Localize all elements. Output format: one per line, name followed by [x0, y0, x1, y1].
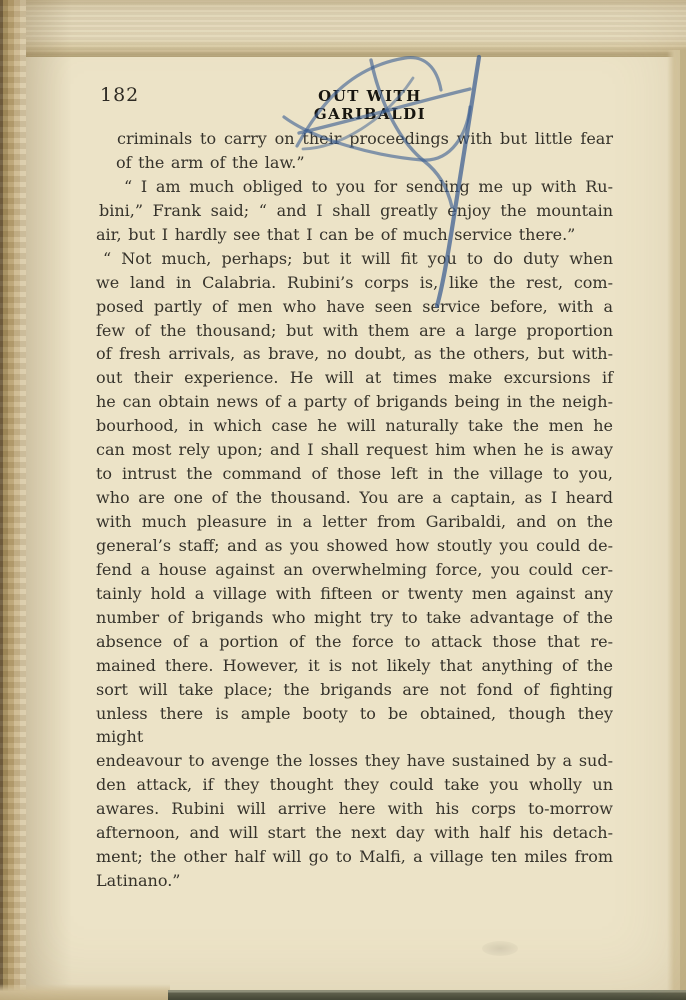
text-line-6: “ Not much, perhaps; but it will fit you…: [96, 247, 613, 271]
text-line-3: “ I am much obliged to you for sending m…: [117, 175, 613, 199]
text-line-23: mained there. However, it is not likely …: [96, 654, 613, 678]
running-head-title: OUT WITH GARIBALDI: [278, 87, 462, 123]
page-number: 182: [100, 84, 139, 106]
text-line-1: criminals to carry on their proceedings …: [117, 127, 613, 151]
text-line-30: ment; the other half will go to Malfi, a…: [96, 845, 613, 869]
text-line-17: with much pleasure in a letter from Gari…: [96, 510, 613, 534]
text-line-28: awares. Rubini will arrive here with his…: [96, 797, 613, 821]
text-line-5: air, but I hardly see that I can be of m…: [96, 223, 613, 247]
text-line-18: general’s staff; and as you showed how s…: [96, 534, 613, 558]
text-line-12: he can obtain news of a party of brigand…: [96, 390, 613, 414]
text-line-26: endeavour to avenge the losses they have…: [96, 749, 613, 773]
page-header: 182 OUT WITH GARIBALDI: [0, 84, 686, 108]
text-line-8: posed partly of men who have seen servic…: [96, 295, 613, 319]
text-line-31: Latinano.”: [96, 869, 613, 893]
book-page-scan: 182 OUT WITH GARIBALDI criminals to carr…: [0, 0, 686, 1000]
text-line-9: few of the thousand; but with them are a…: [96, 319, 613, 343]
text-line-24: sort will take place; the brigands are n…: [96, 678, 613, 702]
book-edge-right: [667, 50, 686, 990]
text-line-22: absence of a portion of the force to att…: [96, 630, 613, 654]
paper-smudge: [482, 941, 518, 956]
text-line-10: of fresh arrivals, as brave, no doubt, a…: [96, 342, 613, 366]
text-line-15: to intrust the command of those left in …: [96, 462, 613, 486]
book-edge-left: [0, 0, 26, 1000]
body-text: criminals to carry on their proceedings …: [96, 127, 613, 893]
book-edge-bottom-left: [0, 984, 170, 1000]
text-line-19: fend a house against an overwhelming for…: [96, 558, 613, 582]
text-line-21: number of brigands who might try to take…: [96, 606, 613, 630]
text-line-13: bourhood, in which case he will naturall…: [96, 414, 613, 438]
text-line-20: tainly hold a village with fifteen or tw…: [96, 582, 613, 606]
book-cover-edge-bottom: [168, 990, 686, 1000]
text-line-14: can most rely upon; and I shall request …: [96, 438, 613, 462]
text-line-11: out their experience. He will at times m…: [96, 366, 613, 390]
text-line-16: who are one of the thousand. You are a c…: [96, 486, 613, 510]
text-line-29: afternoon, and will start the next day w…: [96, 821, 613, 845]
page-gutter-shadow: [26, 0, 72, 1000]
text-line-2: of the arm of the law.”: [116, 151, 613, 175]
text-line-27: den attack, if they thought they could t…: [96, 773, 613, 797]
text-line-4: bini,” Frank said; “ and I shall greatly…: [99, 199, 613, 223]
text-line-25: unless there is ample booty to be obtain…: [96, 702, 613, 750]
text-line-7: we land in Calabria. Rubini’s corps is, …: [96, 271, 613, 295]
book-edge-top: [0, 0, 686, 57]
